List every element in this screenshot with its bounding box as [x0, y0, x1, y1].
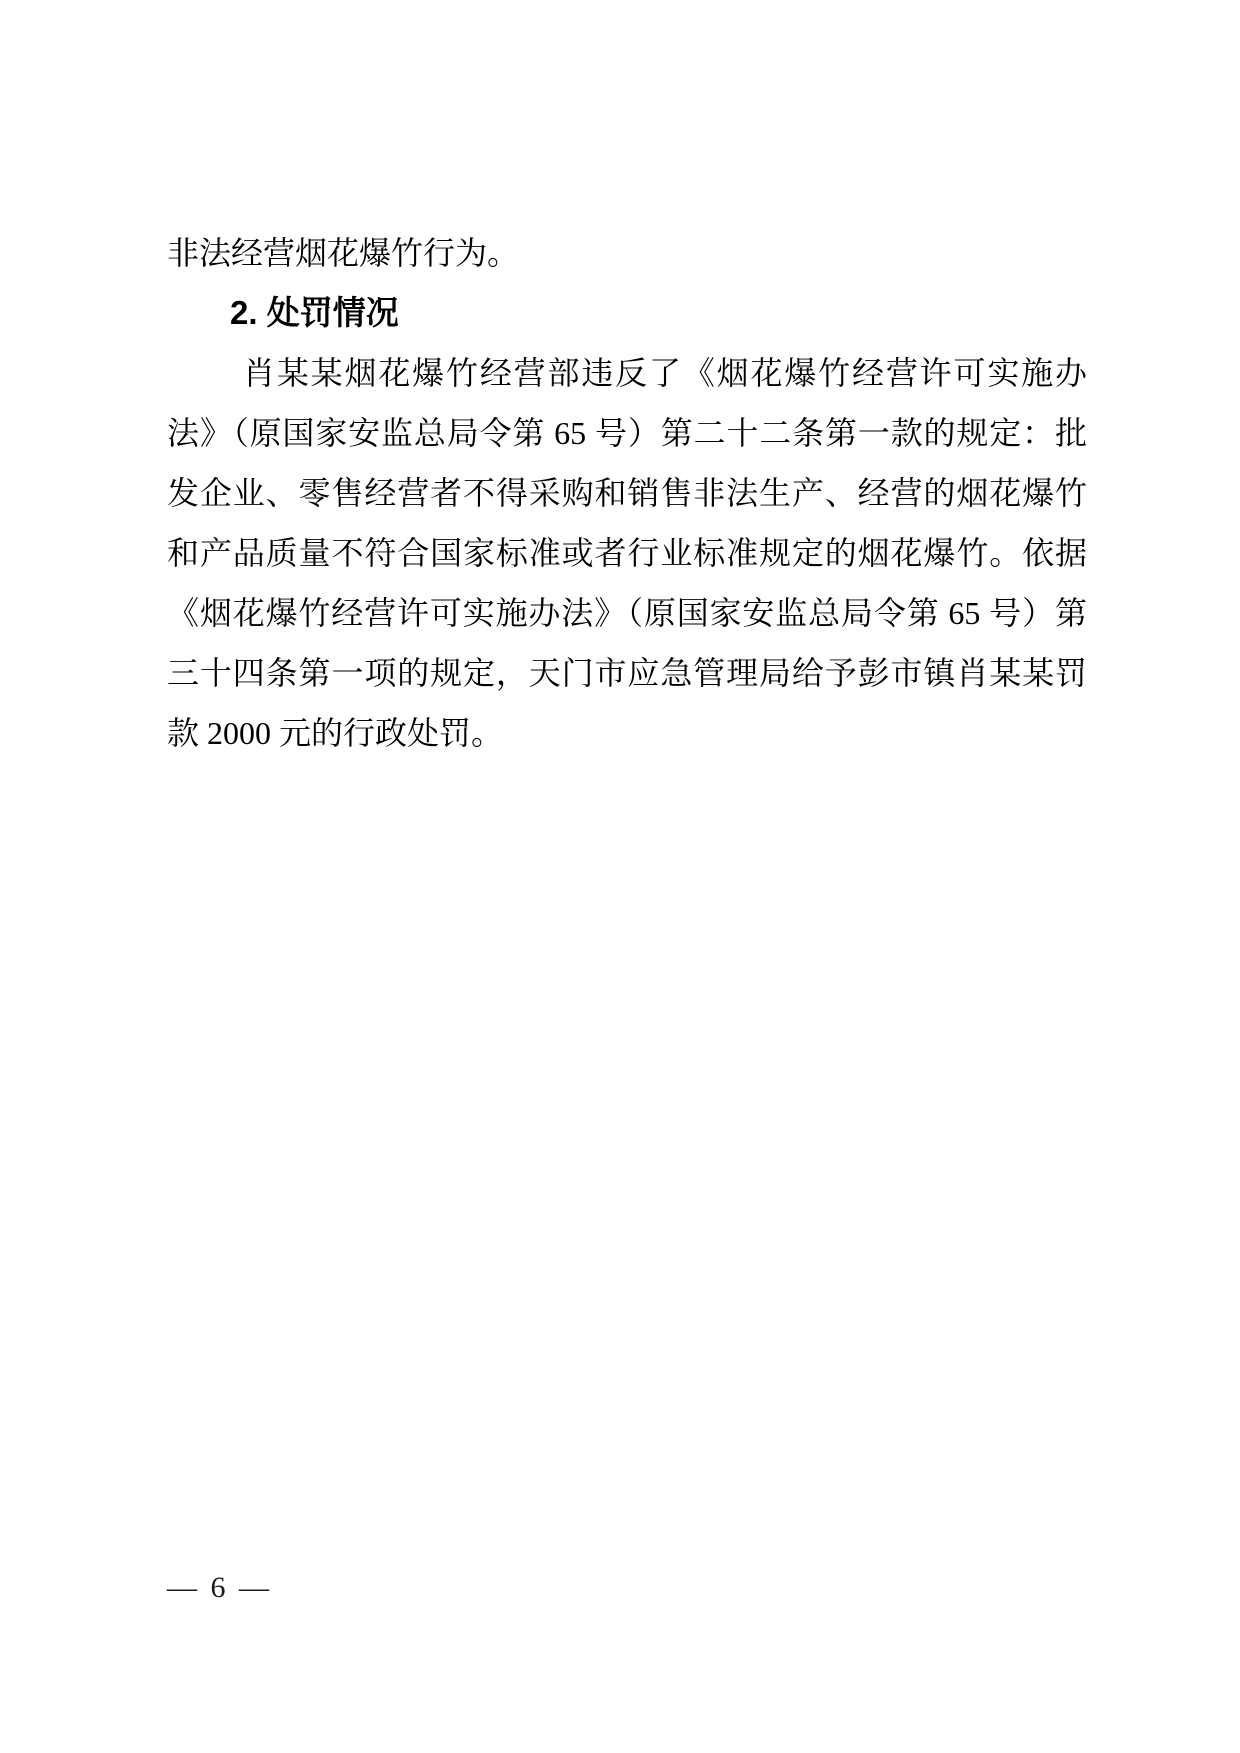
- body-line-last: 款 2000 元的行政处罚。: [167, 703, 1087, 763]
- body-line-continuation: 非法经营烟花爆竹行为。: [167, 223, 1087, 283]
- body-line: 肖某某烟花爆竹经营部违反了《烟花爆竹经营许可实施办: [167, 343, 1087, 403]
- body-line: 法》（原国家安监总局令第 65 号）第二十二条第一款的规定：批: [167, 403, 1087, 463]
- body-line: 三十四条第一项的规定，天门市应急管理局给予彭市镇肖某某罚: [167, 643, 1087, 703]
- document-body: 非法经营烟花爆竹行为。 2. 处罚情况 肖某某烟花爆竹经营部违反了《烟花爆竹经营…: [167, 223, 1087, 763]
- page-number: — 6 —: [167, 1571, 272, 1604]
- page-footer: — 6 —: [167, 1571, 272, 1605]
- section-heading: 2. 处罚情况: [167, 283, 1087, 343]
- document-page: 非法经营烟花爆竹行为。 2. 处罚情况 肖某某烟花爆竹经营部违反了《烟花爆竹经营…: [0, 0, 1240, 1753]
- body-line: 《烟花爆竹经营许可实施办法》（原国家安监总局令第 65 号）第: [167, 583, 1087, 643]
- body-line: 和产品质量不符合国家标准或者行业标准规定的烟花爆竹。依据: [167, 523, 1087, 583]
- body-line: 发企业、零售经营者不得采购和销售非法生产、经营的烟花爆竹: [167, 463, 1087, 523]
